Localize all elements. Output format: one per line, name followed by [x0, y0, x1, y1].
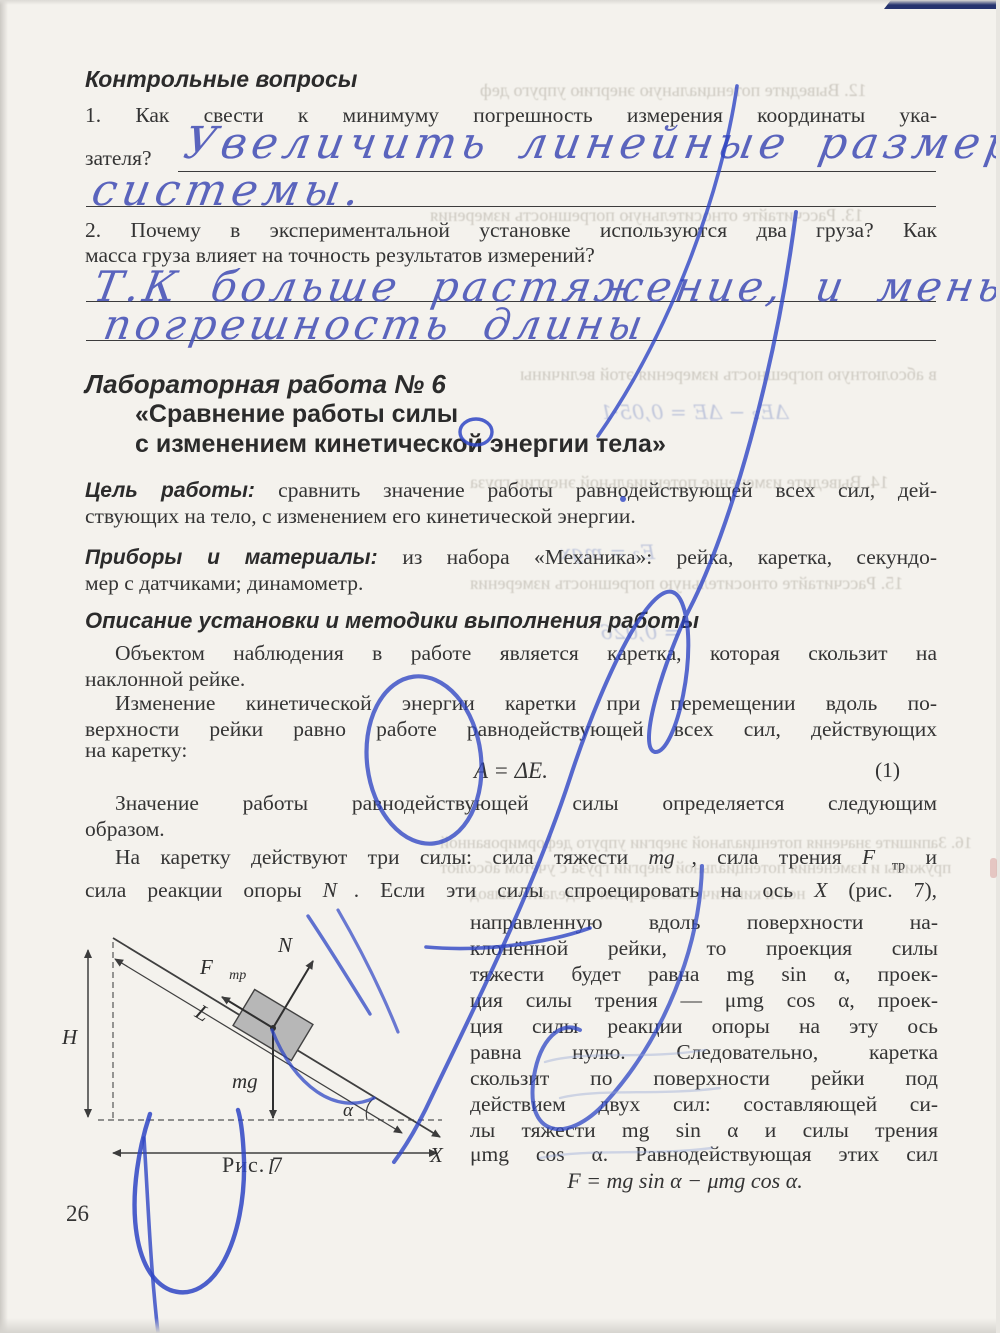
- lab-title: Лабораторная работа № 6: [85, 369, 446, 400]
- figure-label-slope-length: L: [190, 998, 214, 1026]
- equipment-label: Приборы и материалы:: [85, 546, 402, 569]
- lab-equipment-line-2: мер с датчиками; динамометр.: [85, 571, 363, 596]
- figure-caption: Рис. 7: [222, 1152, 284, 1178]
- scan-pink-mark: [990, 858, 997, 878]
- handwritten-answer-2-line-2: погрешность длины: [100, 300, 651, 349]
- scan-edge-right: [996, 0, 1000, 1333]
- scan-edge-left: [0, 0, 8, 1333]
- column-line: μmg cos α. Равнодействующая этих сил: [470, 1142, 938, 1167]
- bleedthrough-text: в абсолютную погрешность измерения этой …: [520, 364, 937, 385]
- lab-goal-line-2: ствующих на тело, с изменением его кинет…: [85, 504, 636, 529]
- paragraph-line: образом.: [85, 817, 165, 842]
- column-line: лы тяжести mg sin α и силы трения: [470, 1118, 938, 1143]
- column-line: ция силы реакции опоры на эту ось: [470, 1014, 938, 1039]
- equation-1: A = ΔE.: [85, 757, 937, 784]
- bleedthrough-handwriting: ΔЕ₂ − ΔЕ = 0,05·1: [600, 400, 789, 424]
- column-line: равна нулю. Следовательно, каретка: [470, 1040, 938, 1065]
- bleedthrough-text: 12. Выведите потенциальную энергию упруг…: [480, 80, 867, 101]
- lab-subtitle-line-2: с изменением кинетической энергии тела»: [135, 430, 666, 460]
- column-line: направленную вдоль поверхности на-: [470, 910, 938, 935]
- column-line: тяжести будет равна mg sin α, проек-: [470, 962, 938, 987]
- workbook-page-scan: 12. Выведите потенциальную энергию упруг…: [0, 0, 1000, 1333]
- angle-arc: [366, 1098, 374, 1120]
- goal-label: Цель работы:: [85, 479, 278, 502]
- scan-edge-top: [0, 0, 1000, 5]
- figure-label-gravity: mg⃗: [232, 1069, 274, 1093]
- paragraph-line: Объектом наблюдения в работе является ка…: [115, 641, 937, 666]
- figure-label-normal-force: N⃗: [277, 933, 308, 957]
- paragraph-line: Значение работы равнодействующей силы оп…: [115, 791, 937, 816]
- lab-equipment-line-1: Приборы и материалы: из набора «Механика…: [85, 545, 937, 571]
- paragraph-line: Изменение кинетической энергии каретки п…: [115, 691, 937, 716]
- force-origin-dot: [270, 1025, 276, 1031]
- handwritten-answer-1-line-1: Увеличить линейные размеры: [180, 118, 1000, 169]
- figure-label-alpha: α: [343, 1100, 354, 1121]
- lab-goal-line-1: Цель работы: сравнить значение работы ра…: [85, 478, 937, 504]
- column-line: скользит по поверхности рейки под: [470, 1066, 938, 1091]
- slope-length-measure-arrow: [115, 959, 402, 1133]
- bleedthrough-text: 15. Рассчитайте относительную погрешност…: [470, 573, 903, 594]
- paragraph-line-forces: сила реакции опоры N⃗. Если эти силы спр…: [85, 878, 937, 903]
- lab-subtitle-line-1: «Сравнение работы силы: [135, 400, 458, 430]
- column-line: клонённой рейки, то проекция силы: [470, 936, 938, 961]
- paragraph-line-forces: На каретку действуют три силы: сила тяже…: [115, 845, 937, 875]
- figure-label-friction-force: F⃗тр: [199, 955, 246, 983]
- page-number: 26: [66, 1200, 89, 1227]
- figure-label-x-axis: X: [429, 1143, 444, 1167]
- section-heading-control-questions: Контрольные вопросы: [85, 66, 357, 93]
- figure-label-height: H: [61, 1025, 79, 1049]
- column-line: действием двух сил: составляющей си-: [470, 1092, 938, 1117]
- paragraph-line: наклонной рейке.: [85, 667, 245, 692]
- paragraph-line: верхности рейки равно работе равнодейств…: [85, 717, 937, 742]
- column-line: ция силы трения — μmg cos α, проек-: [470, 988, 938, 1013]
- method-section-heading: Описание установки и методики выполнения…: [85, 608, 699, 634]
- handwritten-answer-1-line-2: системы.: [88, 165, 369, 216]
- equation-1-number: (1): [875, 758, 900, 783]
- equation-2: F = mg sin α − μmg cos α.: [450, 1168, 920, 1194]
- scan-edge-bottom: [0, 1318, 1000, 1333]
- question-2-line-1: 2. Почему в экспериментальной установке …: [85, 218, 937, 243]
